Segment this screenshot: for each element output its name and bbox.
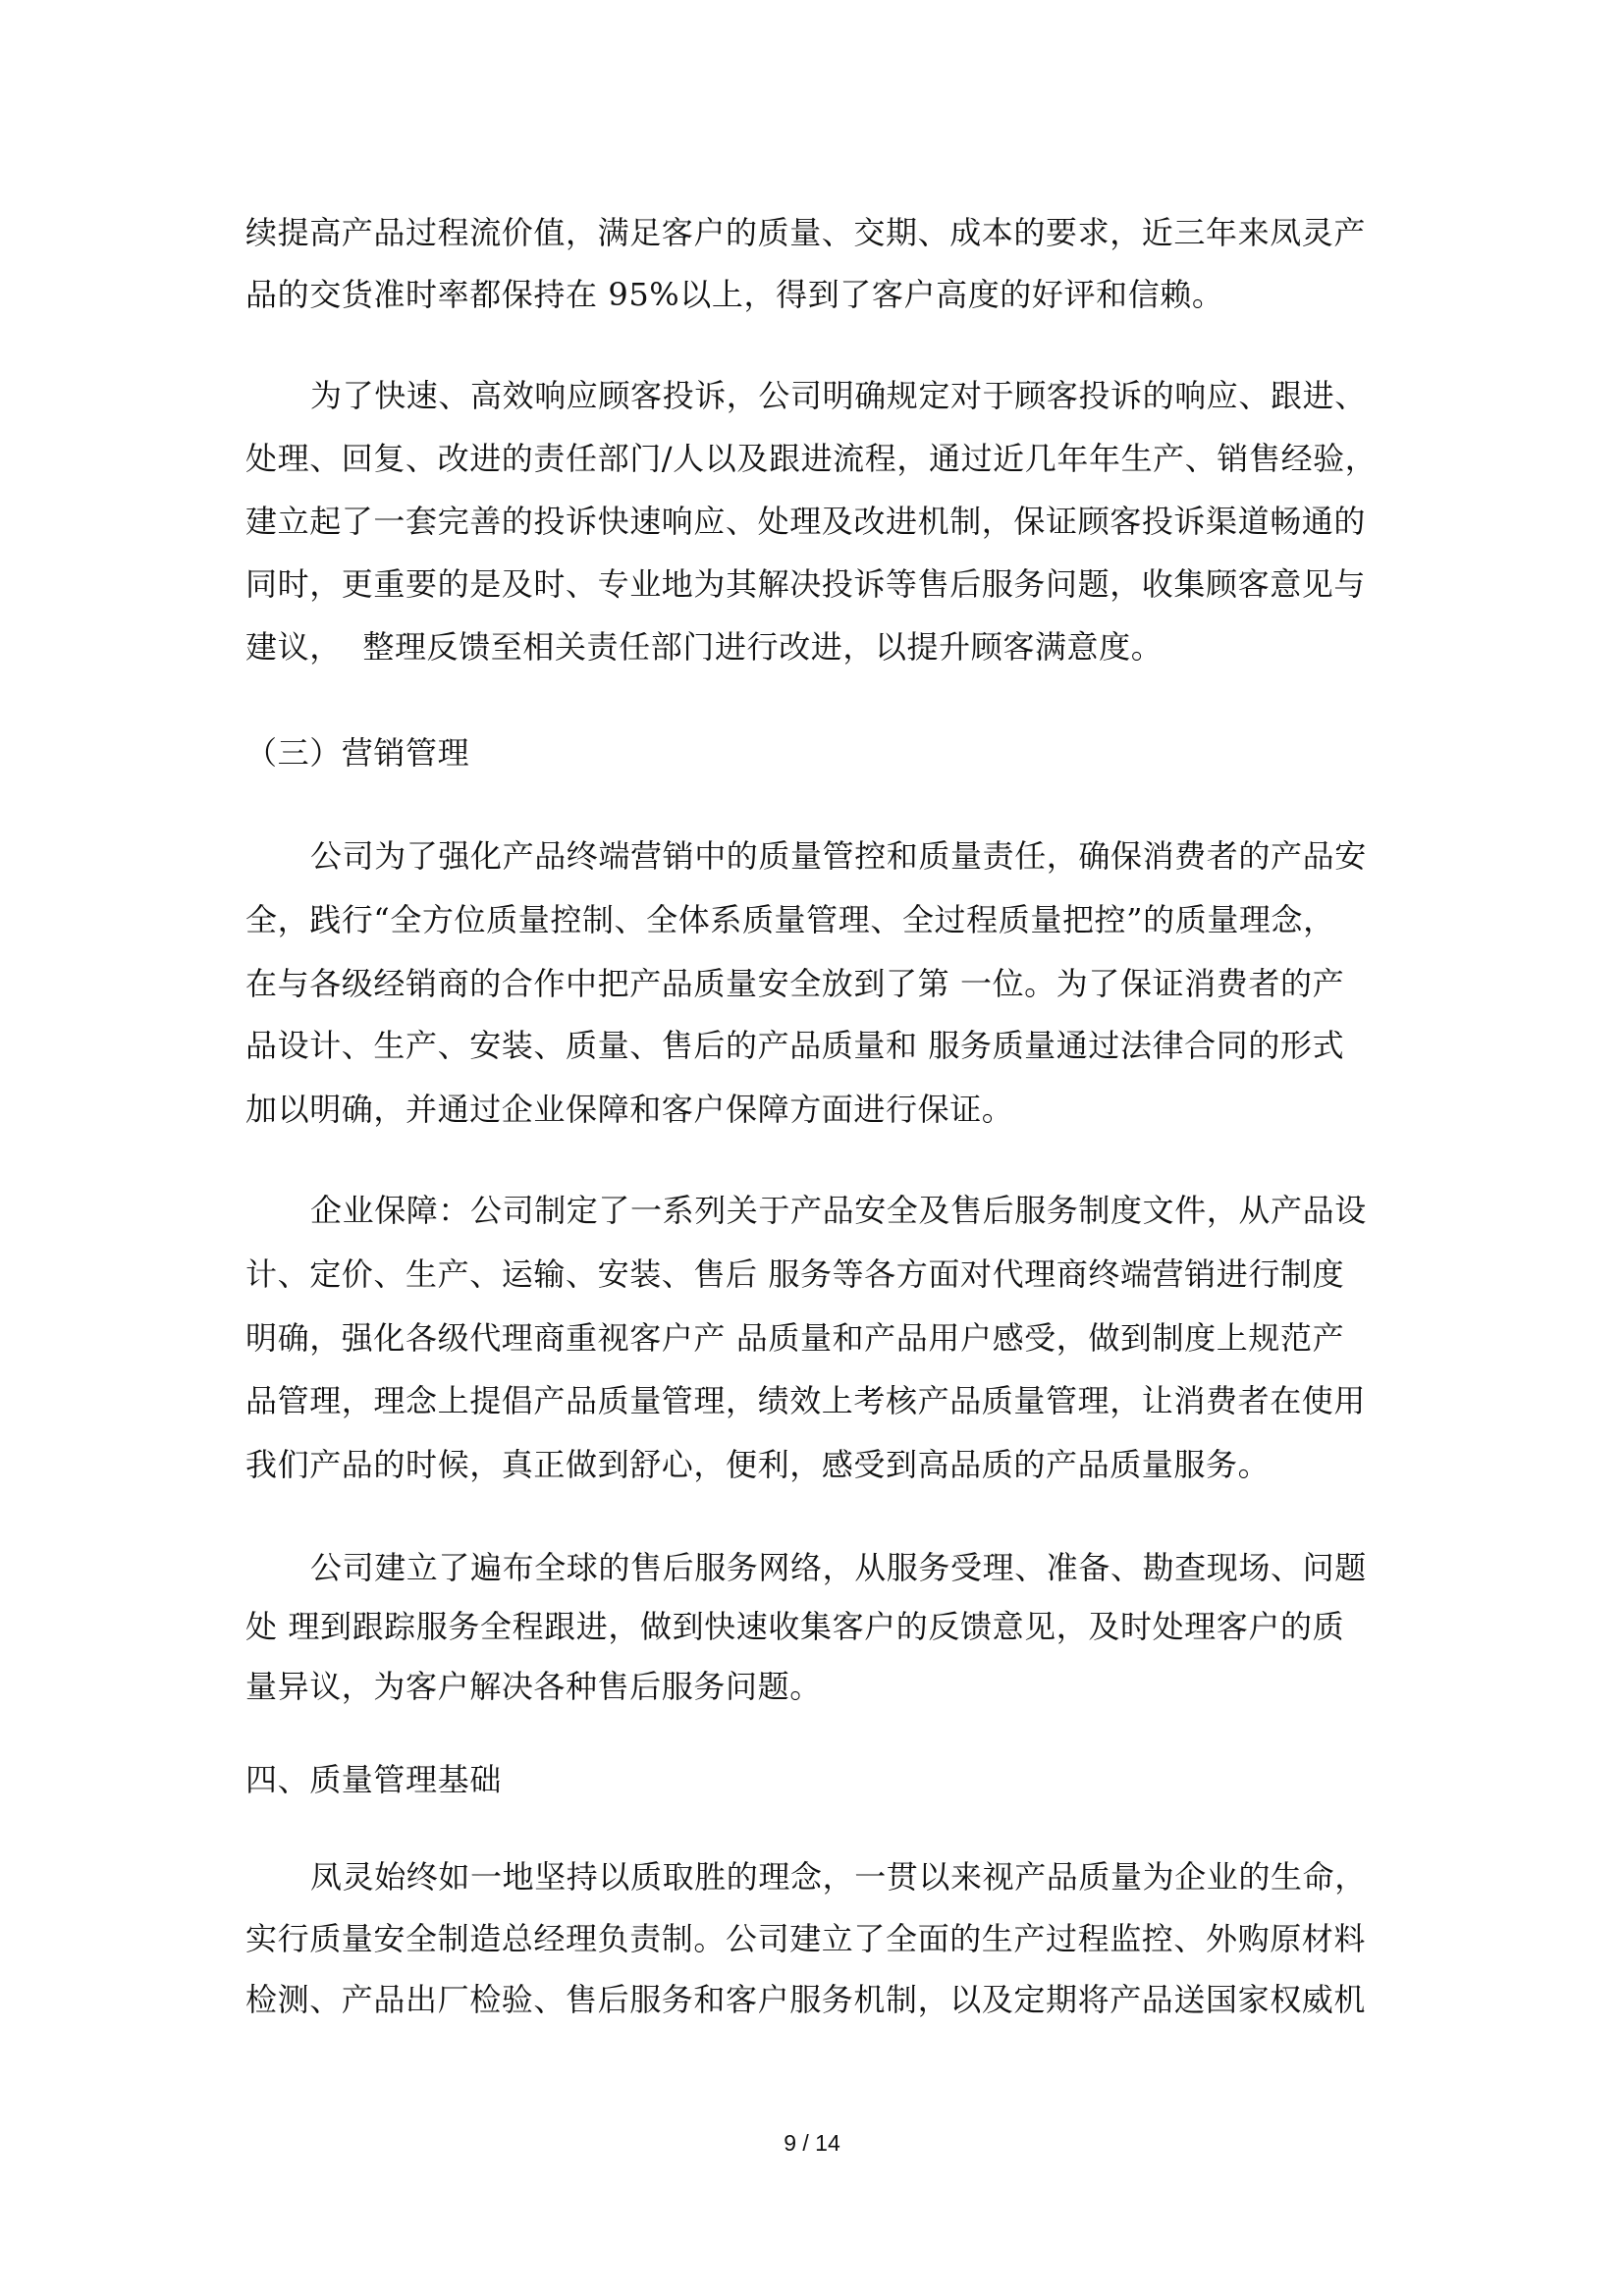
paragraph-line: 处理、回复、改进的责任部门/人以及跟进流程，通过近几年年生产、销售经验， (245, 439, 1384, 478)
paragraph-line: 加以明确，并通过企业保障和客户保障方面进行保证。 (245, 1090, 1384, 1129)
paragraph-line: 建议， 整理反馈至相关责任部门进行改进，以提升顾客满意度。 (245, 627, 1384, 667)
paragraph-line: 在与各级经销商的合作中把产品质量安全放到了第 一位。为了保证消费者的产 (245, 964, 1384, 1003)
paragraph-line: 品的交货准时率都保持在 95%以上，得到了客户高度的好评和信赖。 (245, 275, 1384, 314)
paragraph-line: 处 理到跟踪服务全程跟进，做到快速收集客户的反馈意见，及时处理客户的质 (245, 1607, 1384, 1646)
paragraph-first-line: 企业保障：公司制定了一系列关于产品安全及售后服务制度文件，从产品设 (310, 1191, 1449, 1230)
paragraph-first-line: 公司建立了遍布全球的售后服务网络，从服务受理、准备、勘查现场、问题 (310, 1548, 1449, 1587)
paragraph-line: 我们产品的时候，真正做到舒心，便利，感受到高品质的产品质量服务。 (245, 1445, 1384, 1484)
section-heading-quality-foundation: 四、质量管理基础 (245, 1760, 1384, 1799)
paragraph-line: 建立起了一套完善的投诉快速响应、处理及改进机制，保证顾客投诉渠道畅通的 (245, 502, 1384, 541)
paragraph-line: 量异议，为客户解决各种售后服务问题。 (245, 1667, 1384, 1706)
paragraph-first-line: 公司为了强化产品终端营销中的质量管控和质量责任，确保消费者的产品安 (310, 836, 1449, 876)
page-number: 9 / 14 (0, 2128, 1624, 2158)
section-heading-marketing: （三）营销管理 (245, 733, 1384, 773)
paragraph-line: 品管理，理念上提倡产品质量管理，绩效上考核产品质量管理，让消费者在使用 (245, 1381, 1384, 1420)
paragraph-line: 计、定价、生产、运输、安装、售后 服务等各方面对代理商终端营销进行制度 (245, 1255, 1384, 1294)
paragraph-line: 检测、产品出厂检验、售后服务和客户服务机制，以及定期将产品送国家权威机 (245, 1980, 1384, 2019)
paragraph-line: 全，践行“全方位质量控制、全体系质量管理、全过程质量把控”的质量理念， (245, 900, 1384, 939)
paragraph-first-line: 凤灵始终如一地坚持以质取胜的理念，一贯以来视产品质量为企业的生命， (310, 1857, 1449, 1896)
paragraph-line: 明确，强化各级代理商重视客户产 品质量和产品用户感受，做到制度上规范产 (245, 1318, 1384, 1358)
paragraph-first-line: 为了快速、高效响应顾客投诉，公司明确规定对于顾客投诉的响应、跟进、 (310, 376, 1449, 415)
paragraph-line: 同时，更重要的是及时、专业地为其解决投诉等售后服务问题，收集顾客意见与 (245, 564, 1384, 604)
paragraph-line: 品设计、生产、安装、质量、售后的产品质量和 服务质量通过法律合同的形式 (245, 1026, 1384, 1065)
paragraph-line: 续提高产品过程流价值，满足客户的质量、交期、成本的要求，近三年来凤灵产 (245, 213, 1384, 252)
document-page: 续提高产品过程流价值，满足客户的质量、交期、成本的要求，近三年来凤灵产 品的交货… (0, 0, 1624, 2296)
paragraph-line: 实行质量安全制造总经理负责制。公司建立了全面的生产过程监控、外购原材料 (245, 1919, 1384, 1958)
